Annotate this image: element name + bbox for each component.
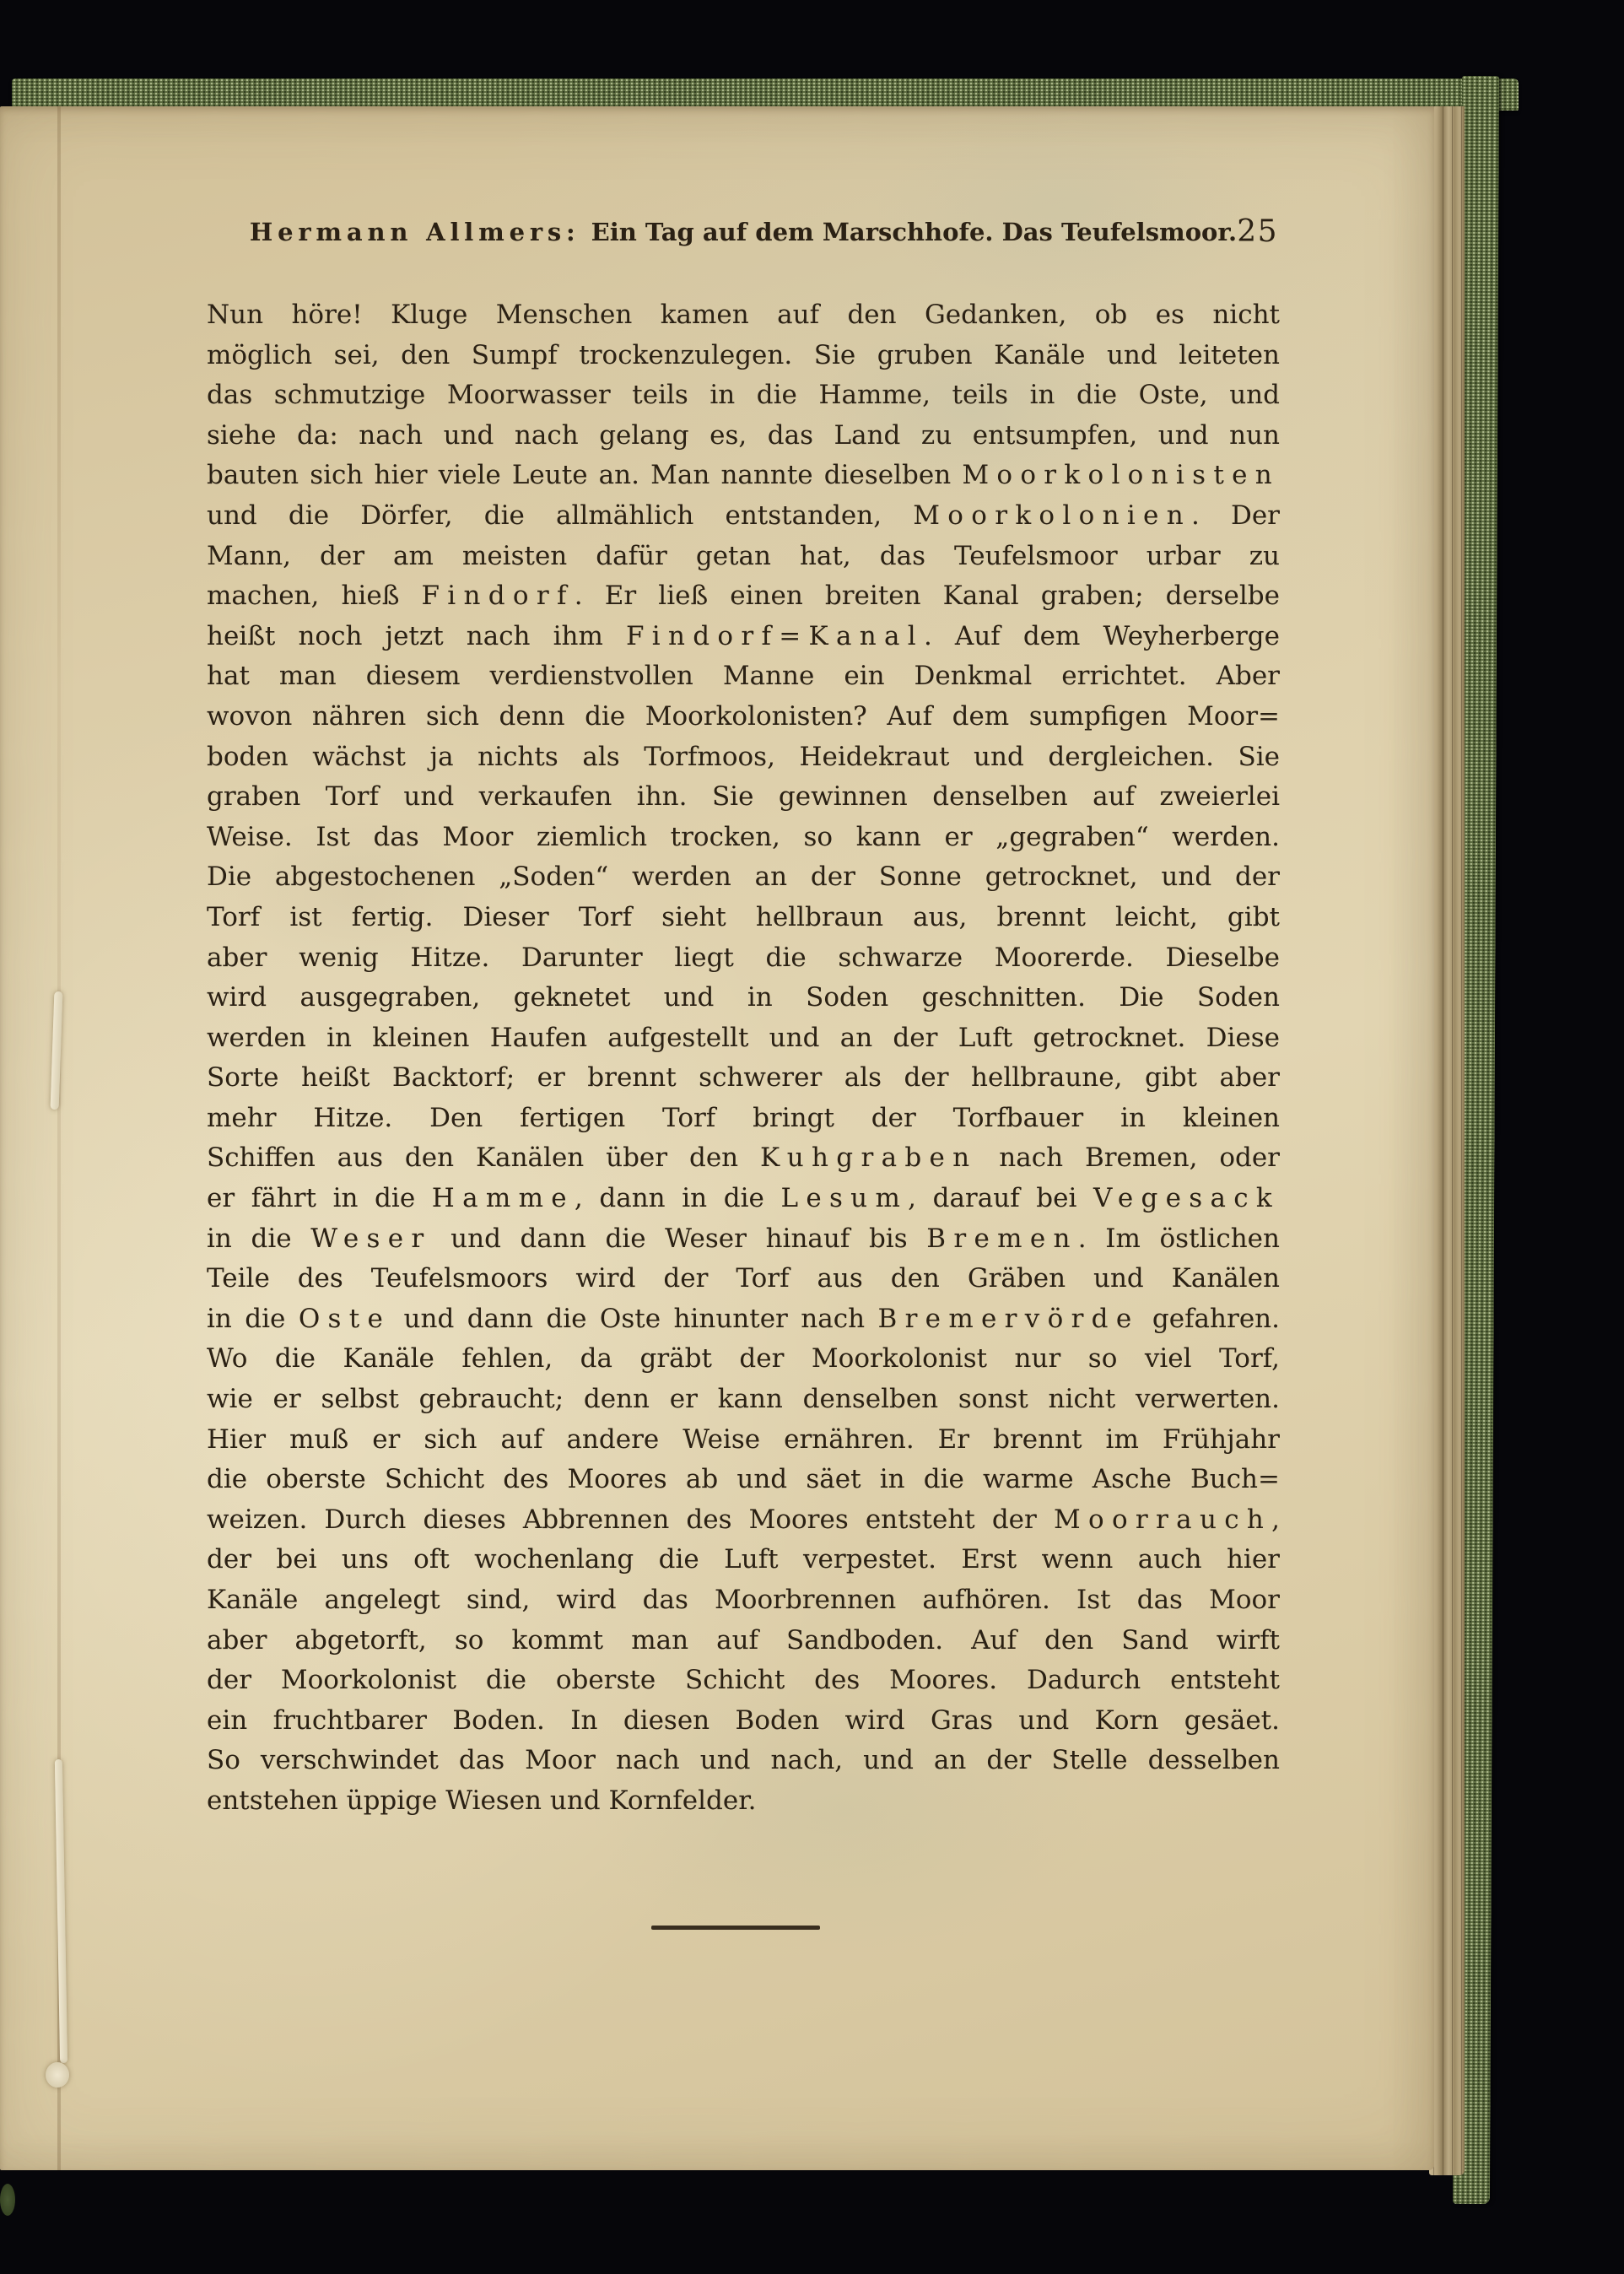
text-segment: aber wenig Hitze. Darunter liegt die sch… xyxy=(207,943,1280,973)
text-segment: hat man diesem verdienstvollen Manne ein… xyxy=(207,661,1280,691)
letterspaced-word: Bremervörde xyxy=(877,1304,1139,1334)
text-segment: , darauf bei xyxy=(908,1183,1093,1213)
text-segment: graben Torf und verkaufen ihn. Sie gewin… xyxy=(207,781,1280,812)
letterspaced-word: Kuhgraben xyxy=(760,1142,977,1173)
text-segment: . Auf dem Weyherberge xyxy=(924,621,1280,651)
text-line: der Moorkolonist die oberste Schicht des… xyxy=(207,1661,1280,1701)
text-line: wovon nähren sich denn die Moorkoloniste… xyxy=(207,697,1280,737)
text-segment: gefahren. xyxy=(1139,1304,1280,1334)
page-edge-stack xyxy=(1429,106,1465,2175)
letterspaced-word: Weser xyxy=(310,1223,431,1254)
letterspaced-word: Lesum xyxy=(780,1183,908,1213)
text-line: werden in kleinen Haufen aufgestellt und… xyxy=(207,1018,1280,1059)
text-line: So verschwindet das Moor nach und nach, … xyxy=(207,1741,1280,1781)
text-line: wird ausgegraben, geknetet und in Soden … xyxy=(207,978,1280,1018)
text-line: hat man diesem verdienstvollen Manne ein… xyxy=(207,656,1280,697)
text-segment: boden wächst ja nichts als Torfmoos, Hei… xyxy=(207,742,1280,772)
text-line: Nun höre! Kluge Menschen kamen auf den G… xyxy=(207,295,1280,336)
letterspaced-word: Hamme xyxy=(432,1183,575,1213)
text-segment: Nun höre! Kluge Menschen kamen auf den G… xyxy=(207,300,1280,330)
text-segment: werden in kleinen Haufen aufgestellt und… xyxy=(207,1023,1280,1053)
section-divider-rule xyxy=(651,1926,820,1930)
text-segment: siehe da: nach und nach gelang es, das L… xyxy=(207,420,1280,451)
running-head-title: Ein Tag auf dem Marschhofe. Das Teufelsm… xyxy=(591,218,1238,246)
text-line: aber abgetorft, so kommt man auf Sandbod… xyxy=(207,1621,1280,1661)
text-segment: machen, hieß xyxy=(207,581,422,611)
text-line: der bei uns oft wochenlang die Luft verp… xyxy=(207,1540,1280,1580)
letterspaced-word: Vegesack xyxy=(1093,1183,1280,1213)
text-line: graben Torf und verkaufen ihn. Sie gewin… xyxy=(207,777,1280,818)
letterspaced-word: Moorrauch xyxy=(1054,1504,1271,1535)
text-segment: der bei uns oft wochenlang die Luft verp… xyxy=(207,1544,1280,1575)
text-segment: Wo die Kanäle fehlen, da gräbt der Moork… xyxy=(207,1343,1280,1374)
text-segment: er fährt in die xyxy=(207,1183,432,1213)
text-line: bauten sich hier viele Leute an. Man nan… xyxy=(207,456,1280,496)
running-head: Hermann Allmers:Ein Tag auf dem Marschho… xyxy=(207,209,1280,255)
text-segment: wovon nähren sich denn die Moorkoloniste… xyxy=(207,701,1280,732)
text-line: Die abgestochenen „Soden“ werden an der … xyxy=(207,857,1280,898)
text-line: Kanäle angelegt sind, wird das Moorbrenn… xyxy=(207,1580,1280,1621)
text-line: machen, hieß Findorf. Er ließ einen brei… xyxy=(207,576,1280,617)
text-segment: , dann in die xyxy=(575,1183,781,1213)
text-line: und die Dörfer, die allmählich entstande… xyxy=(207,496,1280,537)
text-line: die oberste Schicht des Moores ab und sä… xyxy=(207,1460,1280,1500)
text-segment: Die abgestochenen „Soden“ werden an der … xyxy=(207,862,1280,892)
text-segment: . Im östlichen xyxy=(1078,1223,1280,1254)
binding-thread xyxy=(55,1759,67,2063)
text-line: in die Oste und dann die Oste hinunter n… xyxy=(207,1299,1280,1340)
page-number: 25 xyxy=(1237,209,1278,255)
text-segment: heißt noch jetzt nach ihm xyxy=(207,621,626,651)
text-segment: Weise. Ist das Moor ziemlich trocken, so… xyxy=(207,822,1280,852)
text-line: aber wenig Hitze. Darunter liegt die sch… xyxy=(207,938,1280,979)
text-line: wie er selbst gebraucht; denn er kann de… xyxy=(207,1380,1280,1420)
text-segment: , xyxy=(1271,1504,1280,1535)
letterspaced-word: Moorkolonisten xyxy=(962,460,1280,490)
text-block: Nun höre! Kluge Menschen kamen auf den G… xyxy=(207,295,1280,1822)
text-segment: möglich sei, den Sumpf trockenzulegen. S… xyxy=(207,340,1280,370)
letterspaced-word: Findorf=Kanal xyxy=(626,621,924,651)
text-segment: in die xyxy=(207,1304,299,1334)
text-line: mehr Hitze. Den fertigen Torf bringt der… xyxy=(207,1099,1280,1139)
text-line: weizen. Durch dieses Abbrennen des Moore… xyxy=(207,1500,1280,1541)
text-line: in die Weser und dann die Weser hinauf b… xyxy=(207,1219,1280,1260)
text-segment: und dann die Oste hinunter nach xyxy=(391,1304,877,1334)
text-line: heißt noch jetzt nach ihm Findorf=Kanal.… xyxy=(207,617,1280,657)
letterspaced-word: Oste xyxy=(299,1304,391,1334)
text-line: das schmutzige Moorwasser teils in die H… xyxy=(207,375,1280,416)
text-line: ein fruchtbarer Boden. In diesen Boden w… xyxy=(207,1701,1280,1742)
letterspaced-word: Moorkolonien xyxy=(913,500,1191,531)
text-line: er fährt in die Hamme, dann in die Lesum… xyxy=(207,1179,1280,1219)
binding-thread xyxy=(51,991,63,1110)
letterspaced-word: Findorf xyxy=(422,581,575,611)
text-segment: . Der xyxy=(1191,500,1280,531)
text-segment: Torf ist fertig. Dieser Torf sieht hellb… xyxy=(207,902,1280,932)
binding-thread-knot xyxy=(46,2062,69,2088)
text-line: siehe da: nach und nach gelang es, das L… xyxy=(207,416,1280,456)
text-segment: die oberste Schicht des Moores ab und sä… xyxy=(207,1464,1280,1494)
text-segment: Hier muß er sich auf andere Weise ernähr… xyxy=(207,1424,1280,1455)
text-segment: und dann die Weser hinauf bis xyxy=(432,1223,927,1254)
text-segment: wie er selbst gebraucht; denn er kann de… xyxy=(207,1384,1280,1414)
text-segment: weizen. Durch dieses Abbrennen des Moore… xyxy=(207,1504,1054,1535)
text-segment: Sorte heißt Backtorf; er brennt schwerer… xyxy=(207,1062,1280,1093)
text-segment: das schmutzige Moorwasser teils in die H… xyxy=(207,380,1280,410)
text-line: Weise. Ist das Moor ziemlich trocken, so… xyxy=(207,818,1280,858)
text-line: Schiffen aus den Kanälen über den Kuhgra… xyxy=(207,1138,1280,1179)
text-segment: in die xyxy=(207,1223,310,1254)
text-line: Torf ist fertig. Dieser Torf sieht hellb… xyxy=(207,898,1280,938)
text-segment: bauten sich hier viele Leute an. Man nan… xyxy=(207,460,962,490)
text-segment: Schiffen aus den Kanälen über den xyxy=(207,1142,760,1173)
text-line: Hier muß er sich auf andere Weise ernähr… xyxy=(207,1420,1280,1461)
text-segment: Teile des Teufelsmoors wird der Torf aus… xyxy=(207,1263,1280,1294)
text-line: Mann, der am meisten dafür getan hat, da… xyxy=(207,537,1280,577)
text-line: Sorte heißt Backtorf; er brennt schwerer… xyxy=(207,1058,1280,1099)
text-line: Wo die Kanäle fehlen, da gräbt der Moork… xyxy=(207,1339,1280,1380)
text-segment: wird ausgegraben, geknetet und in Soden … xyxy=(207,982,1280,1013)
letterspaced-word: Bremen xyxy=(926,1223,1077,1254)
text-segment: Kanäle angelegt sind, wird das Moorbrenn… xyxy=(207,1585,1280,1615)
text-segment: entstehen üppige Wiesen und Kornfelder. xyxy=(207,1785,756,1816)
running-head-author: Hermann Allmers: xyxy=(250,218,580,246)
text-segment: mehr Hitze. Den fertigen Torf bringt der… xyxy=(207,1103,1280,1133)
text-segment: der Moorkolonist die oberste Schicht des… xyxy=(207,1665,1280,1695)
text-segment: aber abgetorft, so kommt man auf Sandbod… xyxy=(207,1625,1280,1656)
text-line: Teile des Teufelsmoors wird der Torf aus… xyxy=(207,1259,1280,1299)
green-cloth-speck xyxy=(0,2184,15,2216)
text-line: boden wächst ja nichts als Torfmoos, Hei… xyxy=(207,737,1280,778)
text-segment: So verschwindet das Moor nach und nach, … xyxy=(207,1745,1280,1775)
text-line: entstehen üppige Wiesen und Kornfelder. xyxy=(207,1781,1280,1822)
text-segment: Mann, der am meisten dafür getan hat, da… xyxy=(207,541,1280,571)
text-segment: ein fruchtbarer Boden. In diesen Boden w… xyxy=(207,1705,1280,1736)
scanned-book-photo: Hermann Allmers:Ein Tag auf dem Marschho… xyxy=(0,0,1624,2274)
text-segment: . Er ließ einen breiten Kanal graben; de… xyxy=(575,581,1280,611)
text-line: möglich sei, den Sumpf trockenzulegen. S… xyxy=(207,336,1280,376)
text-segment: nach Bremen, oder xyxy=(977,1142,1280,1173)
text-segment: und die Dörfer, die allmählich entstande… xyxy=(207,500,913,531)
